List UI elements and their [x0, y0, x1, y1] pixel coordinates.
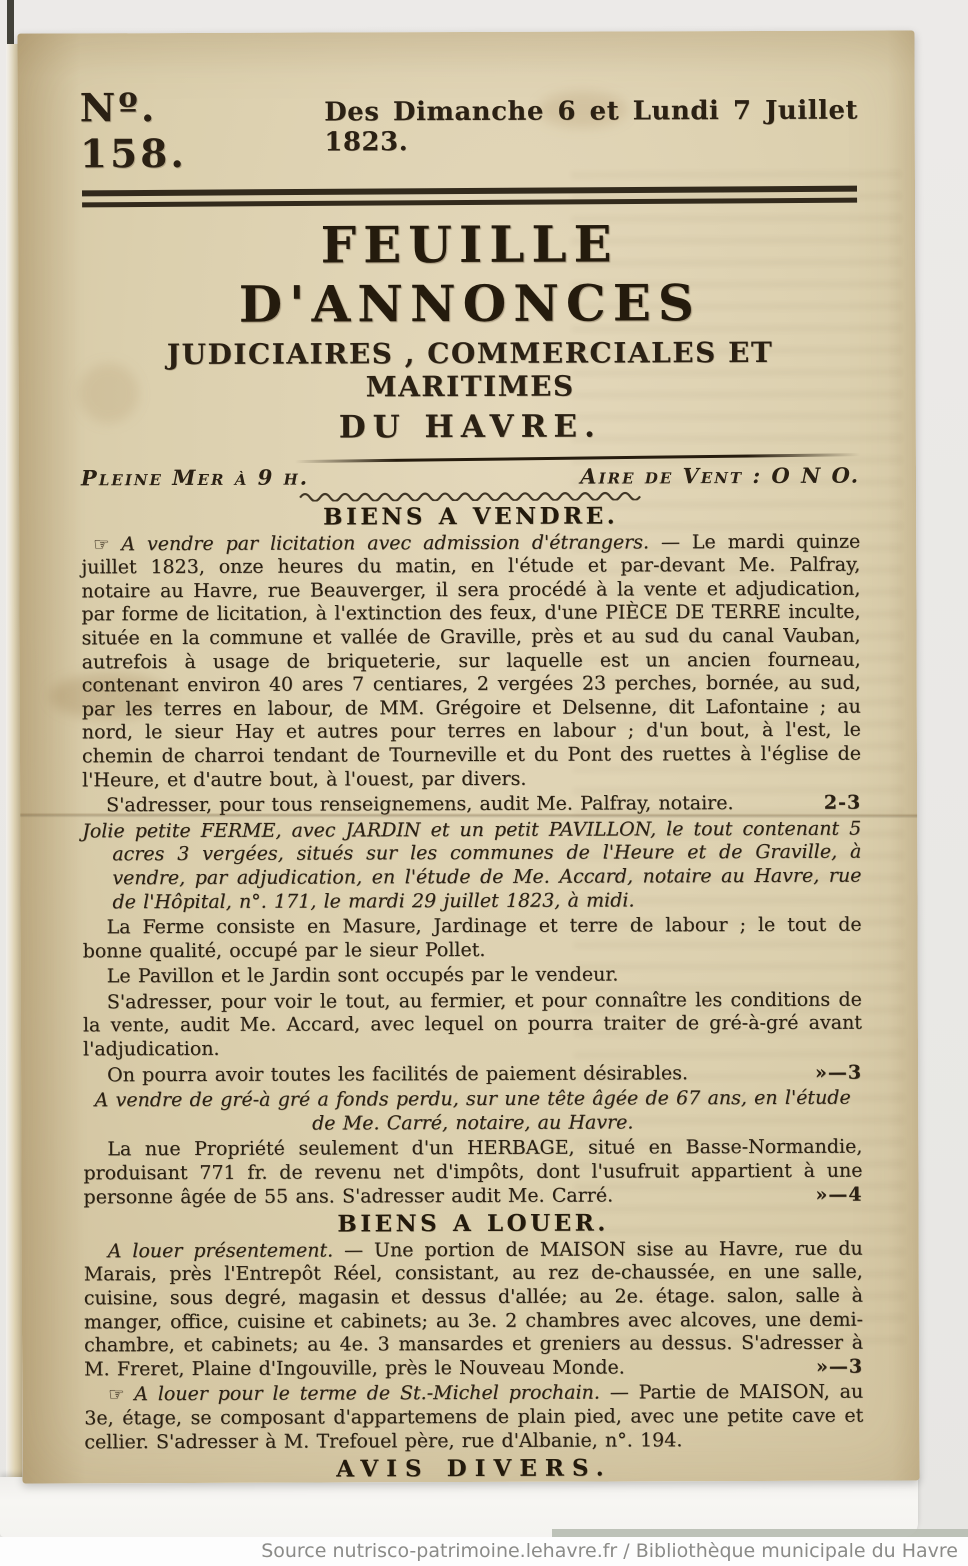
ad-pavillon-detail: Le Pavillon et le Jardin sont occupés pa…: [83, 963, 862, 989]
date-line: Des Dimanche 6 et Lundi 7 Juillet 1823.: [324, 96, 859, 158]
ad-piece-de-terre: ☞ A vendre par licitation avec admission…: [81, 530, 861, 792]
ad-lead: A louer pour le terme de St.-Michel proc…: [134, 1382, 629, 1406]
newspaper-subtitle-city: DU HAVRE.: [81, 408, 860, 447]
tide-wind-row: Pleine Mer à 9 h. Aire de Vent : O N O.: [81, 463, 860, 491]
ad-text: Le mardi quinze juillet 1823, onze heure…: [81, 530, 861, 791]
body-column: BIENS A VENDRE. ☞ A vendre par licitatio…: [81, 504, 864, 1484]
section-heading-avis-divers: AVIS DIVERS.: [84, 1456, 863, 1482]
manicule-icon: ☞: [108, 1385, 124, 1406]
page-content: Nº. 158. Des Dimanche 6 et Lundi 7 Juill…: [17, 30, 919, 1483]
ad-contact-accard: S'adresser, pour voir le tout, au fermie…: [83, 989, 862, 1063]
newspaper-page: Nº. 158. Des Dimanche 6 et Lundi 7 Juill…: [17, 30, 919, 1483]
ad-ferme: Jolie petite FERME, avec JARDIN et un pe…: [82, 817, 861, 914]
ad-herbage: La nue Propriété seulement d'un HERBAGE,…: [83, 1136, 862, 1210]
ad-text: La nue Propriété seulement d'un HERBAGE,…: [83, 1136, 862, 1208]
ad-text: S'adresser, pour tous renseignemens, aud…: [106, 792, 733, 816]
ad-maison-marais: A louer présentement. — Une portion de M…: [84, 1237, 863, 1381]
manicule-icon: ☞: [93, 534, 109, 555]
binding-mark: [7, 0, 14, 50]
masthead-top-row: Nº. 158. Des Dimanche 6 et Lundi 7 Juill…: [80, 83, 859, 178]
ad-ferme-detail: La Ferme consiste en Masure, Jardinage e…: [83, 914, 862, 964]
under-sheet: [0, 1477, 918, 1537]
newspaper-title: FEUILLE D'ANNONCES: [80, 214, 859, 335]
scanned-newspaper-photo: Nº. 158. Des Dimanche 6 et Lundi 7 Juill…: [0, 0, 968, 1566]
source-attribution: Source nutrisco-patrimoine.lehavre.fr / …: [261, 1540, 958, 1562]
ad-text: On pourra avoir toutes les facilités de …: [107, 1062, 688, 1086]
source-footer: Source nutrisco-patrimoine.lehavre.fr / …: [0, 1537, 968, 1566]
wavy-rule: [298, 489, 643, 501]
ad-fonds-perdu: A vendre de gré-à gré a fonds perdu, sur…: [83, 1087, 862, 1137]
ad-lead: A vendre par licitation avec admission d…: [121, 531, 680, 555]
insertion-mark: 2-3: [800, 792, 861, 816]
newspaper-subtitle: JUDICIAIRES , COMMERCIALES ET MARITIMES: [81, 336, 860, 405]
insertion-mark: »—4: [791, 1183, 862, 1207]
double-rule: [82, 186, 857, 208]
ad-lead: A louer présentement. —: [108, 1239, 363, 1262]
wind-info: Aire de Vent : O N O.: [580, 463, 860, 489]
section-heading-biens-a-vendre: BIENS A VENDRE.: [81, 504, 860, 530]
thin-rule: [295, 453, 860, 463]
section-heading-biens-a-louer: BIENS A LOUER.: [84, 1211, 863, 1237]
ad-maison-st-michel: ☞ A louer pour le terme de St.-Michel pr…: [84, 1381, 863, 1455]
scan-border-strip: [552, 1529, 968, 1537]
issue-number: Nº. 158.: [80, 85, 251, 178]
tide-info: Pleine Mer à 9 h.: [81, 465, 309, 491]
ad-paiement: On pourra avoir toutes les facilités de …: [83, 1061, 862, 1087]
ad-contact-palfray: S'adresser, pour tous renseignemens, aud…: [82, 792, 861, 818]
insertion-mark: »—3: [792, 1355, 863, 1379]
insertion-mark: »—3: [791, 1061, 862, 1085]
